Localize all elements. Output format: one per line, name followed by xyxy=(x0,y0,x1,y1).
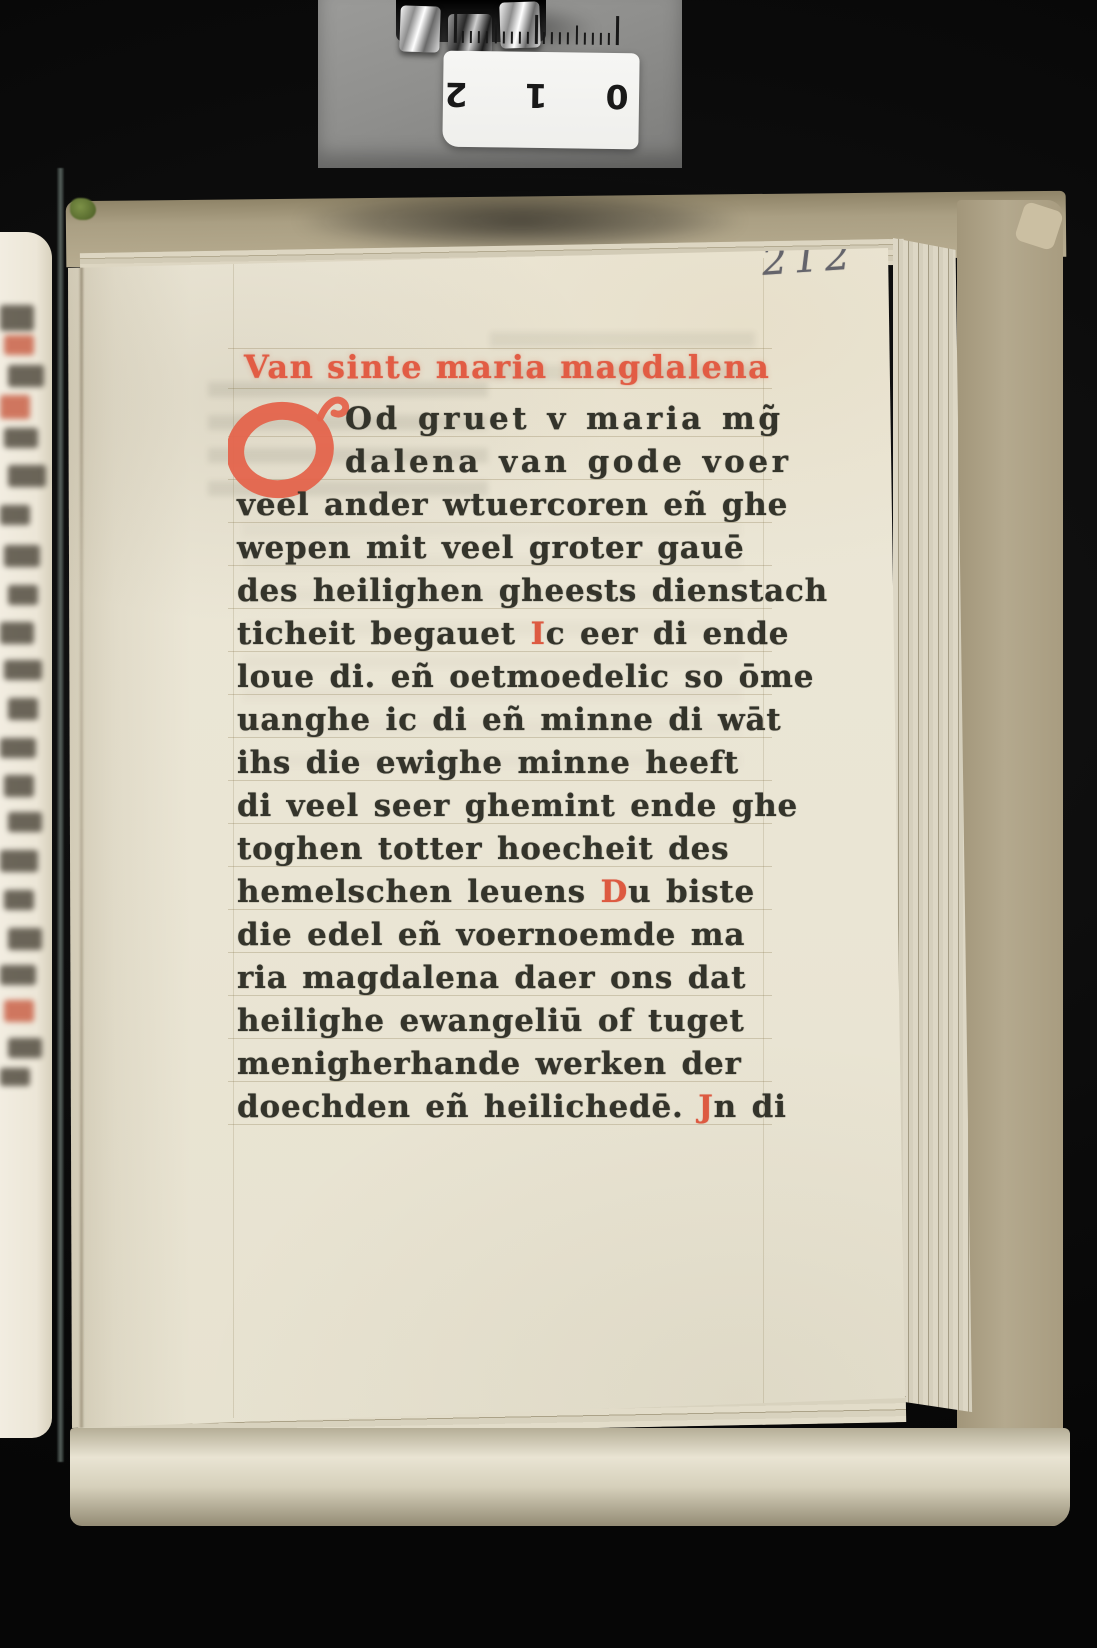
ruler-tick xyxy=(608,33,610,45)
manuscript-text-line: ticheit begauet Ic eer di ende xyxy=(237,613,789,656)
ruler-tick xyxy=(591,33,593,45)
ruler-number: 0 xyxy=(602,75,633,117)
ruler-tick xyxy=(551,32,553,44)
manuscript-recto-page: 212 Van sinte maria magdalena Od gruet v… xyxy=(60,200,910,1445)
ruler-tick xyxy=(527,32,529,44)
vellum-cover-right xyxy=(957,200,1063,1526)
manuscript-text-line: ria magdalena daer ons dat xyxy=(237,957,746,1000)
manuscript-text-line: des heilighen gheests dienstach xyxy=(237,570,828,613)
facing-page-text-fragment xyxy=(0,305,34,331)
ruler-tick xyxy=(616,16,619,45)
ruler-tick xyxy=(502,31,504,43)
cover-corner-fold xyxy=(1014,201,1064,251)
ruler-tick xyxy=(462,31,464,43)
facing-page-edge xyxy=(0,232,52,1438)
green-endband xyxy=(70,198,96,220)
manuscript-text-line: loue di. eñ oetmoedelic so ōme xyxy=(237,656,814,699)
ruler-number: 1 xyxy=(521,74,552,116)
facing-page-text-fragment xyxy=(0,395,30,419)
manuscript-text-line: di veel seer ghemint ende ghe xyxy=(237,785,798,828)
vellum-cover-bottom-edge xyxy=(70,1428,1070,1526)
ruler-tick xyxy=(575,25,577,44)
facing-page-text-fragment xyxy=(0,965,36,985)
scale-reference-card: 210 xyxy=(318,0,682,168)
gutter-crease xyxy=(80,220,83,1430)
manuscript-text-line: die edel eñ voernoemde ma xyxy=(237,914,745,957)
manuscript-text-line: toghen totter hoecheit des xyxy=(237,828,729,871)
facing-page-text-fragment xyxy=(4,660,42,680)
manuscript-text-line: wepen mit veel groter gauē xyxy=(237,527,745,570)
ruler-tick xyxy=(567,32,569,44)
ruler-tick xyxy=(454,14,457,43)
facing-page-text-fragment xyxy=(0,622,34,644)
facing-page-text-fragment xyxy=(4,775,34,797)
facing-page-text-fragment xyxy=(0,850,38,872)
ruler-tick xyxy=(583,33,585,45)
facing-page-text-fragment xyxy=(8,1038,42,1058)
ruler-tick xyxy=(519,32,521,44)
manuscript-text-line: dalena van gode voer xyxy=(345,441,791,484)
facing-page-text-fragment xyxy=(4,1000,34,1022)
rubricated-letter: D xyxy=(600,874,628,910)
ruler-tick xyxy=(543,32,545,44)
facing-page-text-fragment xyxy=(8,812,42,832)
rubric-heading: Van sinte maria magdalena xyxy=(244,348,824,390)
ruler-tick xyxy=(478,31,480,43)
facing-page-text-fragment xyxy=(4,335,34,355)
ruler-tick xyxy=(510,32,512,44)
ruler-tick xyxy=(470,31,472,43)
rubricated-letter: J xyxy=(698,1089,713,1125)
ruler-tick xyxy=(535,15,538,44)
cradle-edge xyxy=(57,168,64,1462)
facing-page-text-fragment xyxy=(8,465,46,487)
manuscript-text-line: ihs die ewighe minne heeft xyxy=(237,742,739,785)
manuscript-text-line: uanghe ic di eñ minne di wāt xyxy=(237,699,782,742)
ruler-number: 2 xyxy=(441,73,472,115)
facing-page-text-fragment xyxy=(8,365,44,387)
photo-background: 210 212 Van sinte maria magdalena Od gru… xyxy=(0,0,1097,1648)
facing-page-text-fragment xyxy=(0,738,36,758)
facing-page-text-fragment xyxy=(8,928,42,950)
facing-page-text-fragment xyxy=(8,698,38,720)
manuscript-text-line: veel ander wtuercoren eñ ghe xyxy=(237,484,788,527)
facing-page-text-fragment xyxy=(4,890,34,910)
clip-handle-left xyxy=(399,5,441,52)
ruler-tick xyxy=(600,33,602,45)
facing-page-text-fragment xyxy=(4,545,40,567)
manuscript-text-line: hemelschen leuens Du biste xyxy=(237,871,755,914)
cm-ruler: 210 xyxy=(442,51,639,150)
facing-page-text-fragment xyxy=(0,505,30,525)
facing-page-text-fragment xyxy=(8,585,38,605)
ruler-tick xyxy=(494,24,496,43)
ruler-tick xyxy=(559,32,561,44)
facing-page-text-fragment xyxy=(0,1068,30,1086)
manuscript-text-line: heilighe ewangeliū of tuget xyxy=(237,1000,745,1043)
manuscript-text-line: Od gruet v maria mg̃ xyxy=(345,398,784,441)
manuscript-text-line: menigherhande werken der xyxy=(237,1043,742,1086)
ruler-tick xyxy=(486,31,488,43)
rubricated-letter: I xyxy=(530,616,545,652)
manuscript-text-line: doechden eñ heilichedē. Jn di xyxy=(237,1086,787,1129)
facing-page-text-fragment xyxy=(4,428,38,448)
